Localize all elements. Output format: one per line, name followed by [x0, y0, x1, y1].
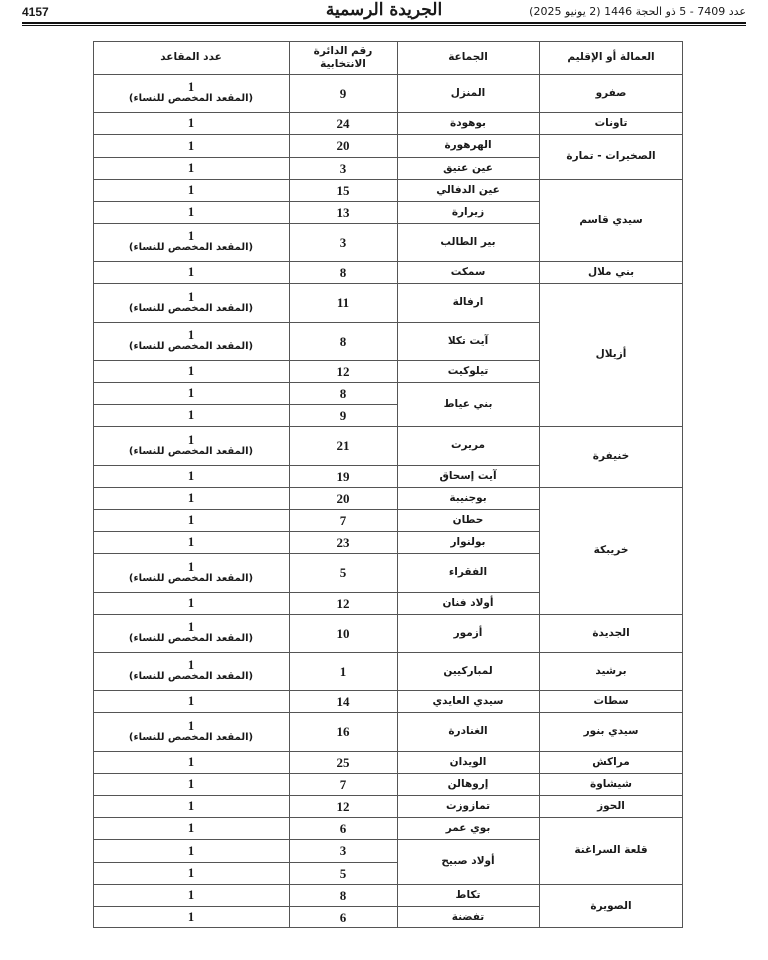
- issue-info: عدد 7409 - 5 ذو الحجة 1446 (2 يونيو 2025…: [529, 5, 746, 18]
- header-rule-thick: [22, 22, 746, 24]
- header-rule-thin: [22, 25, 746, 26]
- table-border: [93, 41, 683, 928]
